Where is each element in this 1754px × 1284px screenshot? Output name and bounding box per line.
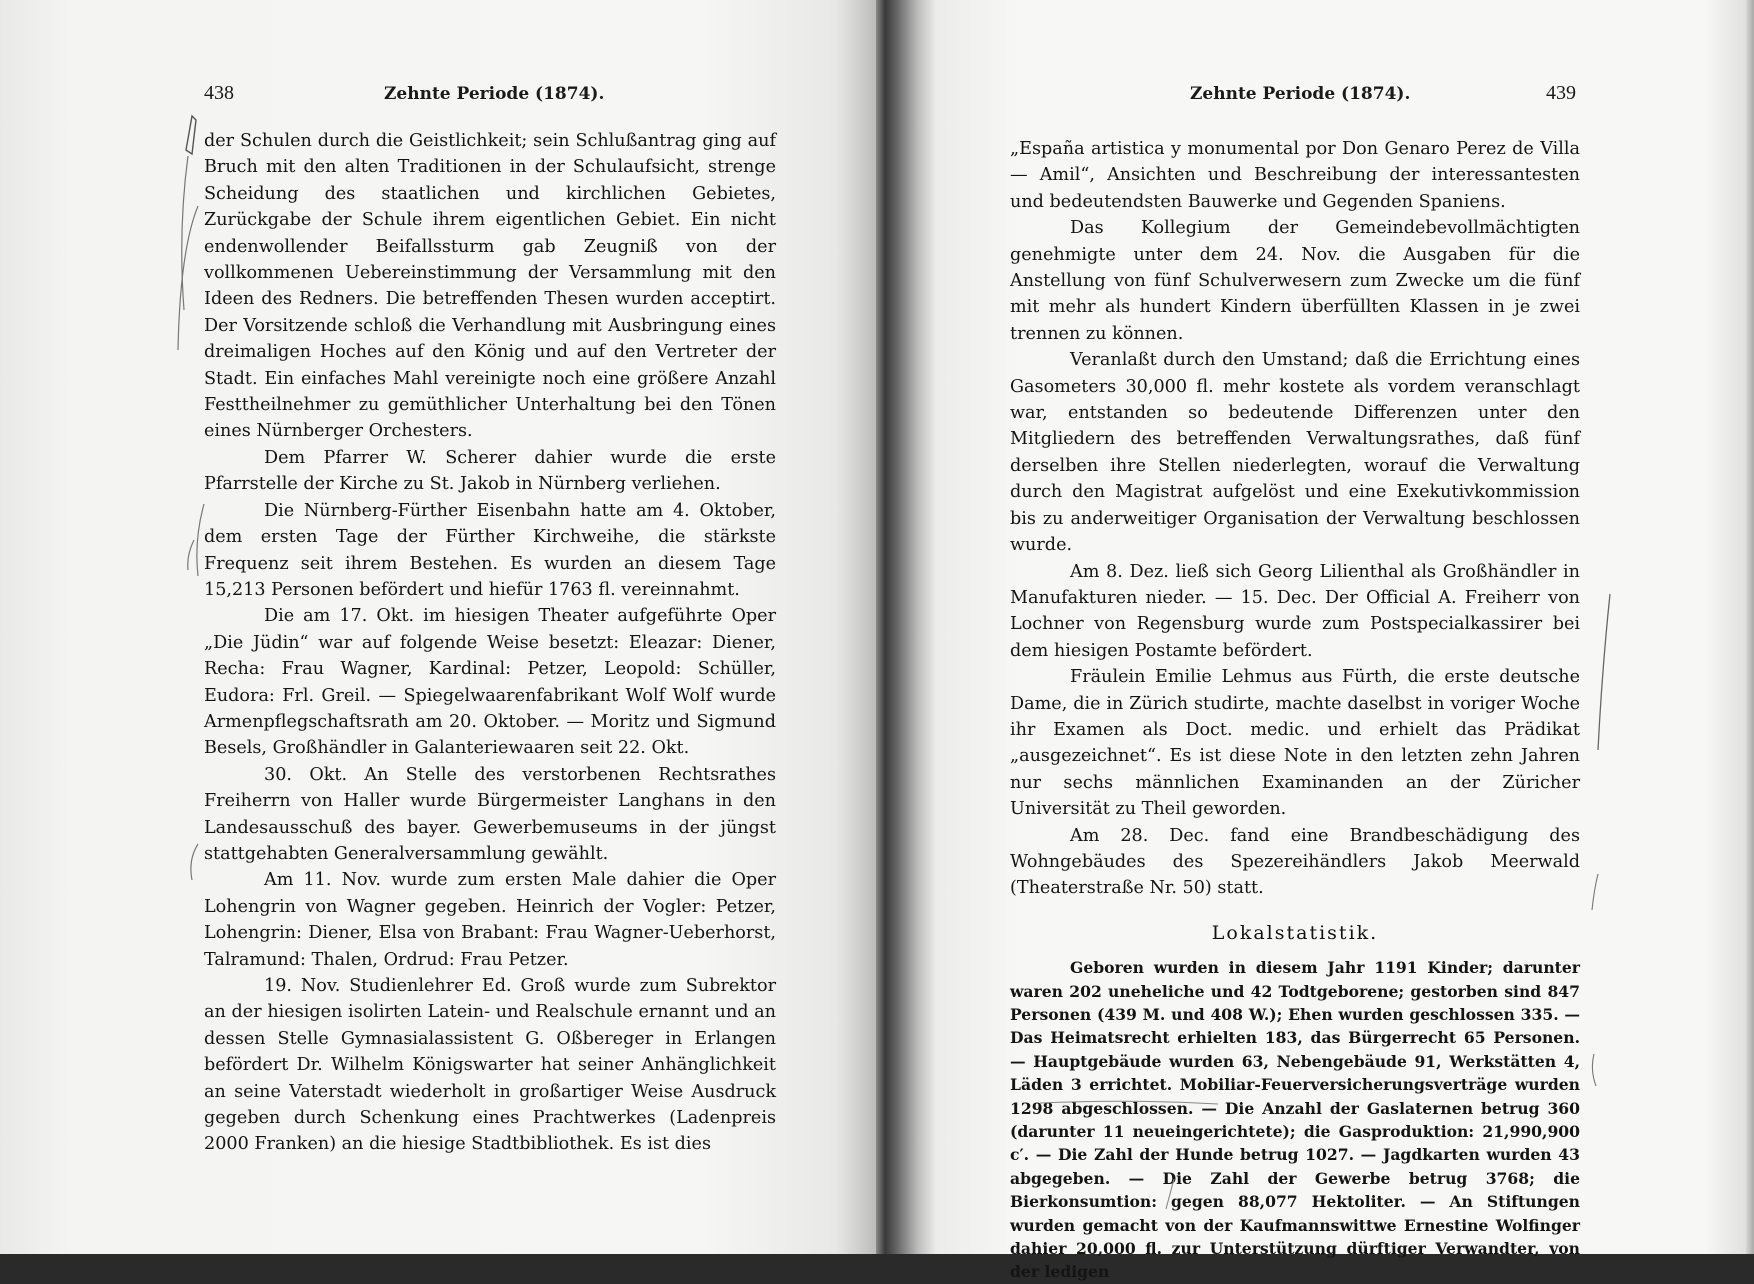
right-page-body: „España artistica y monumental por Don G…: [1010, 136, 1580, 1254]
running-head-right: Zehnte Periode (1874).: [1190, 84, 1410, 104]
paragraph: Dem Pfarrer W. Scherer dahier wurde die …: [204, 445, 776, 498]
running-head-left: Zehnte Periode (1874).: [384, 84, 604, 104]
paragraph: 19. Nov. Studienlehrer Ed. Groß wurde zu…: [204, 973, 776, 1158]
paragraph: Die Nürnberg-Fürther Eisenbahn hatte am …: [204, 498, 776, 604]
book-gutter: [876, 0, 936, 1254]
paragraph: Fräulein Emilie Lehmus aus Fürth, die er…: [1010, 664, 1580, 822]
paragraph: Das Kollegium der Gemeindebevollmächtigt…: [1010, 215, 1580, 347]
book-spread: 438 Zehnte Periode (1874). der Schulen d…: [0, 0, 1754, 1254]
paragraph: Am 8. Dez. ließ sich Georg Lilienthal al…: [1010, 559, 1580, 665]
paragraph: 30. Okt. An Stelle des verstorbenen Rech…: [204, 762, 776, 868]
page-number-left: 438: [204, 82, 234, 105]
statistics-block: Geboren wurden in diesem Jahr 1191 Kinde…: [1010, 956, 1580, 1254]
paragraph: Am 28. Dec. fand eine Brandbeschädigung …: [1010, 823, 1580, 902]
left-page-body: der Schulen durch die Geistlichkeit; sei…: [204, 128, 776, 1158]
paragraph: „España artistica y monumental por Don G…: [1010, 136, 1580, 215]
paragraph: Die am 17. Okt. im hiesigen Theater aufg…: [204, 603, 776, 761]
statistics-paragraph: Geboren wurden in diesem Jahr 1191 Kinde…: [1010, 956, 1580, 1254]
page-number-right: 439: [1546, 82, 1576, 105]
left-page: 438 Zehnte Periode (1874). der Schulen d…: [0, 0, 880, 1254]
paragraph: der Schulen durch die Geistlichkeit; sei…: [204, 128, 776, 445]
paragraph: Veranlaßt durch den Umstand; daß die Err…: [1010, 347, 1580, 558]
page-edge: [1746, 0, 1754, 1254]
section-title-lokalstatistik: Lokalstatistik.: [1010, 920, 1580, 946]
paragraph: Am 11. Nov. wurde zum ersten Male dahier…: [204, 867, 776, 973]
